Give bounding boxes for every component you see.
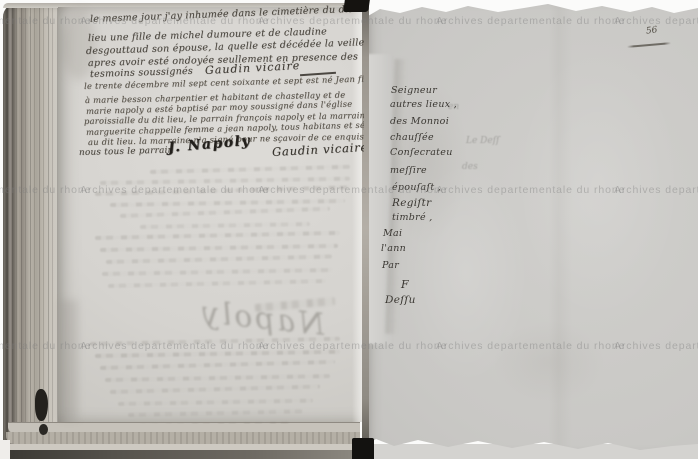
book-page-edges [3,3,61,453]
bleed-line [118,399,313,406]
bleed-line [106,254,332,264]
bleed-line [95,350,340,358]
printed-fragment: F [401,279,409,290]
bleed-line [100,177,350,185]
gutter-shadow-top [343,0,370,12]
scanned-book-spread: le mesme jour j'ay inhumée dans le cimet… [0,0,698,459]
bleed-line [140,222,310,229]
gutter-shadow-bottom [352,438,374,459]
bleed-line [95,231,340,240]
bleed-line [100,360,335,370]
printed-fragment: Mai [383,229,402,239]
handwritten-line: le mesme jour j'ay inhumée dans le cimet… [90,5,353,26]
bleed-line [100,244,338,252]
bleed-line [102,268,332,276]
printed-fragment: Regiſtr [392,198,431,209]
printed-ghost-fragment: Le Deſſ [466,136,499,146]
bleed-line [128,409,303,417]
left-page-content: le mesme jour j'ay inhumée dans le cimet… [58,4,364,424]
bleed-line [108,279,326,288]
right-page: Seigneur autres lieux , des Monnoi chauſ… [366,4,698,452]
ink-blot [39,424,48,435]
bleed-line [150,165,350,174]
book-bottom-cover-edge [8,450,360,459]
bleed-line [110,199,345,207]
printed-fragment: timbré , [392,213,433,223]
bleed-line [140,421,290,424]
printed-fragment: l'ann [381,244,406,254]
bleed-line [120,207,330,218]
bleed-line [110,385,320,394]
bottom-page-edge [6,432,360,444]
printed-fragment: épouſaſt , [392,183,441,193]
printed-fragment: Par [382,261,399,271]
handwritten-line: nous tous le parrain [79,147,174,159]
printed-fragment: Conſecrateu [390,148,453,158]
ink-blot [35,389,48,421]
printed-fragment: des Monnoi [390,117,449,127]
bleed-line [95,185,350,196]
printed-fragment: Deſſu [385,295,416,306]
printed-ghost-fragment: des [462,162,478,172]
folio-number: 56 [645,25,658,36]
printed-fragment: chauſſée [390,133,434,143]
bleed-signature: Napoly [134,288,327,343]
printed-ghost-fragment: en [448,102,459,112]
printed-fragment: Seigneur [391,86,437,96]
printed-fragment: meſſire [390,166,427,176]
bleed-line [105,374,330,382]
paper-texture [366,4,698,452]
scan-background-corner [0,440,10,459]
